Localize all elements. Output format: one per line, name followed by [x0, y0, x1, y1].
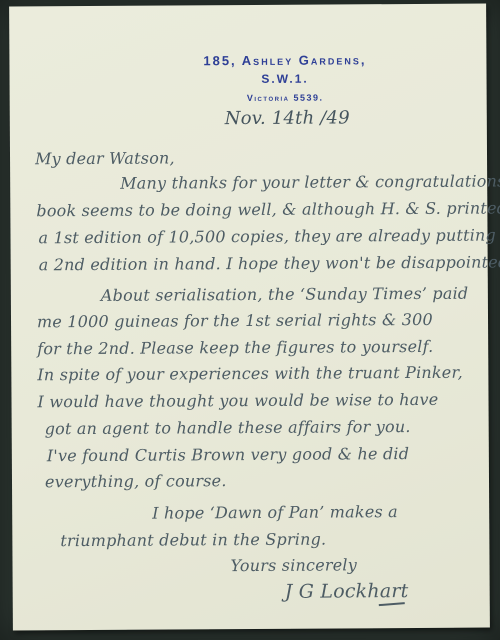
body-line: I've found Curtis Brown very good & he d… — [47, 444, 409, 465]
letter-date: Nov. 14th /49 — [170, 107, 405, 129]
body-line: got an agent to handle these affairs for… — [45, 417, 411, 438]
body-line: for the 2nd. Please keep the figures to … — [37, 337, 433, 358]
letterhead-address-line2: S.W.1. — [168, 71, 403, 86]
body-line: Many thanks for your letter & congratula… — [120, 171, 500, 193]
letterhead: 185, Ashley Gardens, S.W.1. Victoria 553… — [167, 52, 402, 103]
body-line: a 1st edition of 10,500 copies, they are… — [38, 225, 496, 247]
body-line: me 1000 guineas for the 1st serial right… — [37, 310, 433, 331]
body-line: a 2nd edition in hand. I hope they won't… — [39, 252, 500, 274]
photo-background: 185, Ashley Gardens, S.W.1. Victoria 553… — [0, 0, 500, 640]
body-line: book seems to be doing well, & although … — [36, 198, 500, 220]
body-line: In spite of your experiences with the tr… — [37, 363, 463, 385]
body-line: triumphant debut in the Spring. — [60, 530, 326, 551]
letterhead-address-line1: 185, Ashley Gardens, — [167, 52, 402, 68]
letter-paper: 185, Ashley Gardens, S.W.1. Victoria 553… — [9, 4, 490, 631]
salutation: My dear Watson, — [35, 148, 175, 168]
closing: Yours sincerely — [230, 555, 357, 575]
letterhead-phone: Victoria 5539. — [168, 92, 403, 103]
body-line: I hope ‘Dawn of Pan’ makes a — [152, 502, 398, 523]
signature-flourish — [379, 602, 405, 605]
signature: J G Lockhart — [285, 580, 409, 603]
body-line: About serialisation, the ‘Sunday Times’ … — [101, 284, 469, 305]
body-line: everything, of course. — [45, 471, 227, 491]
body-line: I would have thought you would be wise t… — [37, 390, 438, 411]
